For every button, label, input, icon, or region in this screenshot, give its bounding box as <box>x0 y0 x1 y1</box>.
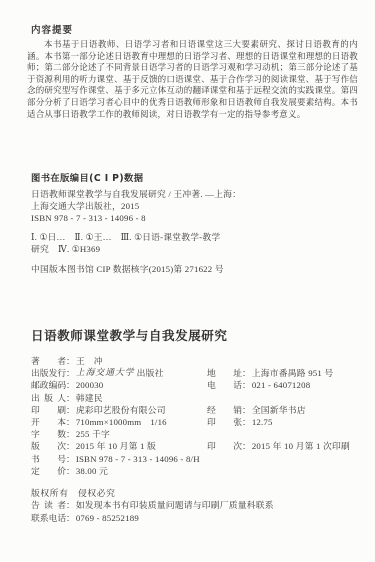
booknumber-value: ISBN 978 - 7 - 313 - 14096 - 8/H <box>76 453 200 465</box>
table-row: 著者：王 冲 <box>31 355 364 367</box>
publication-info-table: 著者：王 冲 出版发行：上海交通大学出版社 地址：上海市番禺路 951 号 邮政… <box>31 355 364 477</box>
wordcount-value: 255 千字 <box>76 428 110 440</box>
cip-publisher-line: 上海交通大学出版社，2015 <box>31 200 331 212</box>
copyright-notice: 版权所有 侵权必究 <box>31 487 116 499</box>
sheets-value: 12.75 <box>252 416 273 428</box>
contact-phone-value: 0769 - 85252189 <box>76 512 139 524</box>
printer-label: 印刷 <box>31 404 66 416</box>
book-title: 日语教师课堂教学与自我发展研究 <box>31 326 228 344</box>
address-value: 上海市番禺路 951 号 <box>252 367 334 379</box>
author-value: 王 冲 <box>76 355 103 367</box>
cip-record-number: 中国版本图书馆 CIP 数据核字(2015)第 271622 号 <box>31 263 331 275</box>
printer-value: 虎彩印艺股份有限公司 <box>76 404 166 416</box>
phone-value: 021 - 64071208 <box>252 379 311 391</box>
contact-phone-label: 联系电话 <box>31 512 66 524</box>
reader-notice-value: 如发现本书有印装质量问题请与印刷厂质量科联系 <box>76 499 274 511</box>
publisher-person-label: 出版人 <box>31 392 66 404</box>
price-label: 定价 <box>31 465 66 477</box>
sheets-label: 印张 <box>207 416 242 428</box>
publisher-value: 出版社 <box>137 367 164 379</box>
author-label: 著者 <box>31 355 66 367</box>
cip-classification-line2: 研究 Ⅳ. ①H369 <box>31 243 331 255</box>
impression-label: 印次 <box>207 440 242 452</box>
edition-label: 版次 <box>31 440 66 452</box>
publisher-logotype: 上海交通大学 <box>76 367 135 379</box>
price-value: 38.00 元 <box>76 465 108 477</box>
impression-value: 2015 年 10 月第 1 次印刷 <box>252 440 350 452</box>
table-row: 字数：255 千字 <box>31 428 364 440</box>
table-row: 出版发行：上海交通大学出版社 地址：上海市番禺路 951 号 <box>31 367 364 379</box>
wordcount-label: 字数 <box>31 428 66 440</box>
cip-title-line: 日语教师课堂教学与自我发展研究 / 王冲著. —上海： <box>31 188 331 200</box>
table-row: 书号：ISBN 978 - 7 - 313 - 14096 - 8/H <box>31 453 364 465</box>
phone-label: 电话 <box>207 379 242 391</box>
address-label: 地址 <box>207 367 242 379</box>
table-row: 版次：2015 年 10 月第 1 版 印次：2015 年 10 月第 1 次印… <box>31 440 364 452</box>
book-copyright-page: 内容提要 本书基于日语教师、日语学习者和日语课堂这三大要素研究、探讨日语教育的内… <box>0 0 375 562</box>
format-label: 开本 <box>31 416 66 428</box>
reader-notice-label: 告读者 <box>31 499 66 511</box>
publisher-label: 出版发行 <box>31 367 66 379</box>
table-row: 定价：38.00 元 <box>31 465 364 477</box>
booknumber-label: 书号 <box>31 453 66 465</box>
cip-data-section: 图书在版编目(C I P)数据 日语教师课堂教学与自我发展研究 / 王冲著. —… <box>31 170 331 275</box>
contact-phone-row: 联系电话：0769 - 85252189 <box>31 512 351 524</box>
table-row: 开本：710mm×1000mm 1/16 印张：12.75 <box>31 416 364 428</box>
format-value: 710mm×1000mm 1/16 <box>76 416 167 428</box>
distributor-value: 全国新华书店 <box>252 404 306 416</box>
cip-classification-line1: Ⅰ. ①日… Ⅱ. ①王… Ⅲ. ①日语-课堂教学-教学 <box>31 231 331 243</box>
cip-heading: 图书在版编目(C I P)数据 <box>31 170 331 184</box>
content-summary-section: 内容提要 本书基于日语教师、日语学习者和日语课堂这三大要素研究、探讨日语教育的内… <box>27 22 358 120</box>
table-row: 邮政编码：200030 电话：021 - 64071208 <box>31 379 364 391</box>
edition-value: 2015 年 10 月第 1 版 <box>76 440 156 452</box>
table-row: 印刷：虎彩印艺股份有限公司 经销：全国新华书店 <box>31 404 364 416</box>
reader-notice-row: 告读者：如发现本书有印装质量问题请与印刷厂质量科联系 <box>31 499 351 511</box>
cip-isbn: ISBN 978 - 7 - 313 - 14096 - 8 <box>31 212 331 224</box>
summary-heading: 内容提要 <box>31 22 358 36</box>
summary-body: 本书基于日语教师、日语学习者和日语课堂这三大要素研究、探讨日语教育的内涵。本书第… <box>27 39 358 120</box>
postcode-label: 邮政编码 <box>31 379 66 391</box>
distributor-label: 经销 <box>207 404 242 416</box>
copyright-notice-row: 版权所有 侵权必究 <box>31 487 351 499</box>
publisher-person-value: 韩建民 <box>76 392 103 404</box>
table-row: 出版人：韩建民 <box>31 392 364 404</box>
copyright-notice-section: 版权所有 侵权必究 告读者：如发现本书有印装质量问题请与印刷厂质量科联系 联系电… <box>31 487 351 524</box>
postcode-value: 200030 <box>76 379 104 391</box>
